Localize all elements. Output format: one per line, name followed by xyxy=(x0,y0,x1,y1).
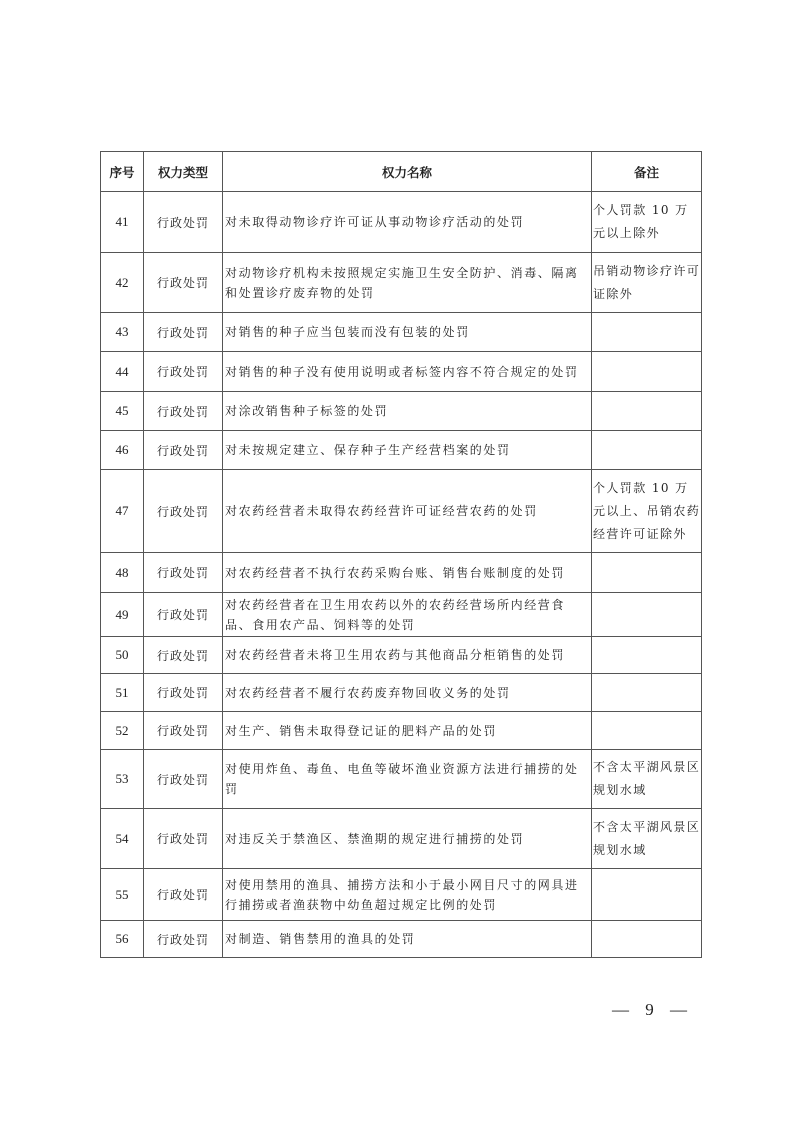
power-name-cell: 对农药经营者未取得农药经营许可证经营农药的处罚 xyxy=(223,470,592,553)
serial-cell: 56 xyxy=(101,921,144,958)
remarks-cell xyxy=(592,593,702,637)
power-type-cell: 行政处罚 xyxy=(144,637,223,674)
remarks-cell xyxy=(592,921,702,958)
power-name-cell: 对涂改销售种子标签的处罚 xyxy=(223,392,592,431)
power-name-cell: 对农药经营者不执行农药采购台账、销售台账制度的处罚 xyxy=(223,553,592,593)
power-type-cell: 行政处罚 xyxy=(144,313,223,352)
table-row: 41行政处罚对未取得动物诊疗许可证从事动物诊疗活动的处罚个人罚款 10 万元以上… xyxy=(101,192,702,253)
power-name-cell: 对未取得动物诊疗许可证从事动物诊疗活动的处罚 xyxy=(223,192,592,253)
power-type-cell: 行政处罚 xyxy=(144,809,223,869)
serial-cell: 47 xyxy=(101,470,144,553)
remarks-cell xyxy=(592,553,702,593)
power-type-cell: 行政处罚 xyxy=(144,712,223,750)
remarks-cell: 吊销动物诊疗许可证除外 xyxy=(592,253,702,313)
serial-cell: 42 xyxy=(101,253,144,313)
power-type-cell: 行政处罚 xyxy=(144,431,223,470)
power-name-cell: 对销售的种子应当包装而没有包装的处罚 xyxy=(223,313,592,352)
power-type-cell: 行政处罚 xyxy=(144,750,223,809)
remarks-cell xyxy=(592,712,702,750)
power-name-cell: 对动物诊疗机构未按照规定实施卫生安全防护、消毒、隔离和处置诊疗废弃物的处罚 xyxy=(223,253,592,313)
remarks-cell: 不含太平湖风景区规划水域 xyxy=(592,750,702,809)
serial-cell: 44 xyxy=(101,352,144,392)
serial-cell: 46 xyxy=(101,431,144,470)
table-row: 54行政处罚对违反关于禁渔区、禁渔期的规定进行捕捞的处罚不含太平湖风景区规划水域 xyxy=(101,809,702,869)
remarks-cell xyxy=(592,674,702,712)
remarks-cell xyxy=(592,637,702,674)
power-type-cell: 行政处罚 xyxy=(144,869,223,921)
serial-cell: 53 xyxy=(101,750,144,809)
table-row: 49行政处罚对农药经营者在卫生用农药以外的农药经营场所内经营食品、食用农产品、饲… xyxy=(101,593,702,637)
power-type-cell: 行政处罚 xyxy=(144,470,223,553)
table-row: 42行政处罚对动物诊疗机构未按照规定实施卫生安全防护、消毒、隔离和处置诊疗废弃物… xyxy=(101,253,702,313)
serial-cell: 49 xyxy=(101,593,144,637)
table-row: 52行政处罚对生产、销售未取得登记证的肥料产品的处罚 xyxy=(101,712,702,750)
page-number: — 9 — xyxy=(612,1000,693,1020)
power-name-cell: 对销售的种子没有使用说明或者标签内容不符合规定的处罚 xyxy=(223,352,592,392)
power-type-cell: 行政处罚 xyxy=(144,253,223,313)
power-name-cell: 对使用炸鱼、毒鱼、电鱼等破坏渔业资源方法进行捕捞的处罚 xyxy=(223,750,592,809)
power-type-cell: 行政处罚 xyxy=(144,392,223,431)
table-row: 51行政处罚对农药经营者不履行农药废弃物回收义务的处罚 xyxy=(101,674,702,712)
serial-cell: 50 xyxy=(101,637,144,674)
remarks-cell: 个人罚款 10 万元以上除外 xyxy=(592,192,702,253)
header-power-type: 权力类型 xyxy=(144,152,223,192)
power-type-cell: 行政处罚 xyxy=(144,553,223,593)
table-row: 44行政处罚对销售的种子没有使用说明或者标签内容不符合规定的处罚 xyxy=(101,352,702,392)
power-type-cell: 行政处罚 xyxy=(144,921,223,958)
power-name-cell: 对未按规定建立、保存种子生产经营档案的处罚 xyxy=(223,431,592,470)
serial-cell: 48 xyxy=(101,553,144,593)
table-row: 55行政处罚对使用禁用的渔具、捕捞方法和小于最小网目尺寸的网具进行捕捞或者渔获物… xyxy=(101,869,702,921)
table-row: 53行政处罚对使用炸鱼、毒鱼、电鱼等破坏渔业资源方法进行捕捞的处罚不含太平湖风景… xyxy=(101,750,702,809)
power-name-cell: 对农药经营者在卫生用农药以外的农药经营场所内经营食品、食用农产品、饲料等的处罚 xyxy=(223,593,592,637)
remarks-cell xyxy=(592,313,702,352)
table-row: 48行政处罚对农药经营者不执行农药采购台账、销售台账制度的处罚 xyxy=(101,553,702,593)
serial-cell: 55 xyxy=(101,869,144,921)
serial-cell: 41 xyxy=(101,192,144,253)
serial-cell: 54 xyxy=(101,809,144,869)
remarks-cell xyxy=(592,352,702,392)
serial-cell: 52 xyxy=(101,712,144,750)
powers-table: 序号 权力类型 权力名称 备注 41行政处罚对未取得动物诊疗许可证从事动物诊疗活… xyxy=(100,151,702,958)
power-name-cell: 对违反关于禁渔区、禁渔期的规定进行捕捞的处罚 xyxy=(223,809,592,869)
remarks-cell xyxy=(592,392,702,431)
table-row: 46行政处罚对未按规定建立、保存种子生产经营档案的处罚 xyxy=(101,431,702,470)
table-row: 43行政处罚对销售的种子应当包装而没有包装的处罚 xyxy=(101,313,702,352)
serial-cell: 45 xyxy=(101,392,144,431)
remarks-cell xyxy=(592,431,702,470)
power-name-cell: 对使用禁用的渔具、捕捞方法和小于最小网目尺寸的网具进行捕捞或者渔获物中幼鱼超过规… xyxy=(223,869,592,921)
remarks-cell xyxy=(592,869,702,921)
power-name-cell: 对制造、销售禁用的渔具的处罚 xyxy=(223,921,592,958)
table-row: 47行政处罚对农药经营者未取得农药经营许可证经营农药的处罚个人罚款 10 万元以… xyxy=(101,470,702,553)
power-type-cell: 行政处罚 xyxy=(144,192,223,253)
serial-cell: 51 xyxy=(101,674,144,712)
serial-cell: 43 xyxy=(101,313,144,352)
power-name-cell: 对农药经营者未将卫生用农药与其他商品分柜销售的处罚 xyxy=(223,637,592,674)
header-power-name: 权力名称 xyxy=(223,152,592,192)
table-row: 50行政处罚对农药经营者未将卫生用农药与其他商品分柜销售的处罚 xyxy=(101,637,702,674)
power-type-cell: 行政处罚 xyxy=(144,352,223,392)
remarks-cell: 个人罚款 10 万元以上、吊销农药经营许可证除外 xyxy=(592,470,702,553)
header-serial: 序号 xyxy=(101,152,144,192)
power-type-cell: 行政处罚 xyxy=(144,674,223,712)
table-header-row: 序号 权力类型 权力名称 备注 xyxy=(101,152,702,192)
remarks-cell: 不含太平湖风景区规划水域 xyxy=(592,809,702,869)
table-row: 56行政处罚对制造、销售禁用的渔具的处罚 xyxy=(101,921,702,958)
power-name-cell: 对农药经营者不履行农药废弃物回收义务的处罚 xyxy=(223,674,592,712)
header-remarks: 备注 xyxy=(592,152,702,192)
power-type-cell: 行政处罚 xyxy=(144,593,223,637)
table-row: 45行政处罚对涂改销售种子标签的处罚 xyxy=(101,392,702,431)
power-name-cell: 对生产、销售未取得登记证的肥料产品的处罚 xyxy=(223,712,592,750)
